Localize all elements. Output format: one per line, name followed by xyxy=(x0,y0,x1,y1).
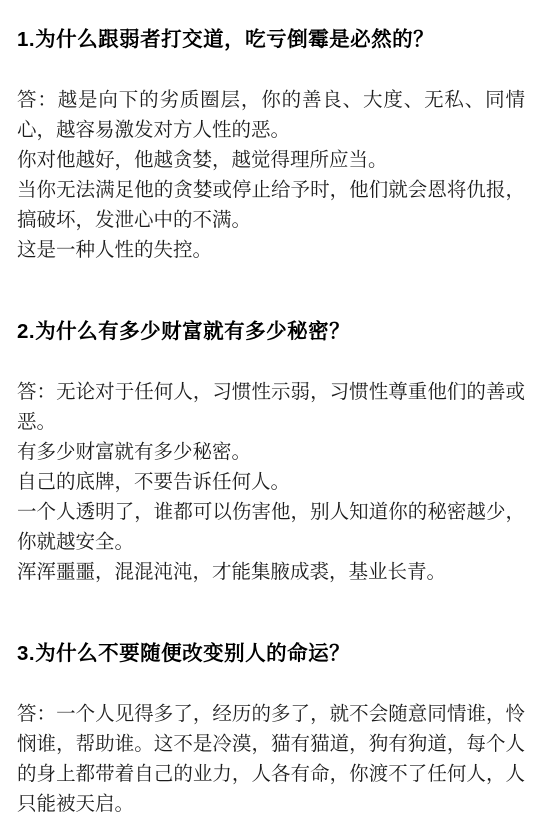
qa-section-2: 2.为什么有多少财富就有多少秘密？ 答：无论对于任何人，习惯性示弱，习惯性尊重他… xyxy=(17,320,525,588)
qa-section-1: 1.为什么跟弱者打交道，吃亏倒霉是必然的？ 答：越是向下的劣质圈层，你的善良、大… xyxy=(17,28,525,266)
answer-block: 答：越是向下的劣质圈层，你的善良、大度、无私、同情心，越容易激发对方人性的恶。 … xyxy=(17,86,525,266)
answer-paragraph: 这是一种人性的失控。 xyxy=(17,236,525,266)
question-heading: 2.为什么有多少财富就有多少秘密？ xyxy=(17,320,525,344)
qa-section-3: 3.为什么不要随便改变别人的命运？ 答：一个人见得多了，经历的多了，就不会随意同… xyxy=(17,642,525,820)
question-heading: 1.为什么跟弱者打交道，吃亏倒霉是必然的？ xyxy=(17,28,525,52)
answer-paragraph: 一个人透明了，谁都可以伤害他，别人知道你的秘密越少，你就越安全。 xyxy=(17,498,525,558)
answer-paragraph: 有多少财富就有多少秘密。 xyxy=(17,438,525,468)
answer-paragraph: 答：一个人见得多了，经历的多了，就不会随意同情谁，怜悯谁，帮助谁。这不是冷漠，猫… xyxy=(17,700,525,820)
answer-paragraph: 你对他越好，他越贪婪，越觉得理所应当。 xyxy=(17,146,525,176)
document-page: 1.为什么跟弱者打交道，吃亏倒霉是必然的？ 答：越是向下的劣质圈层，你的善良、大… xyxy=(0,0,542,821)
answer-paragraph: 答：无论对于任何人，习惯性示弱，习惯性尊重他们的善或恶。 xyxy=(17,378,525,438)
answer-paragraph: 答：越是向下的劣质圈层，你的善良、大度、无私、同情心，越容易激发对方人性的恶。 xyxy=(17,86,525,146)
answer-block: 答：无论对于任何人，习惯性示弱，习惯性尊重他们的善或恶。 有多少财富就有多少秘密… xyxy=(17,378,525,588)
answer-paragraph: 浑浑噩噩，混混沌沌，才能集腋成裘，基业长青。 xyxy=(17,558,525,588)
question-heading: 3.为什么不要随便改变别人的命运？ xyxy=(17,642,525,666)
answer-paragraph: 当你无法满足他的贪婪或停止给予时，他们就会恩将仇报，搞破坏，发泄心中的不满。 xyxy=(17,176,525,236)
answer-paragraph: 自己的底牌，不要告诉任何人。 xyxy=(17,468,525,498)
answer-block: 答：一个人见得多了，经历的多了，就不会随意同情谁，怜悯谁，帮助谁。这不是冷漠，猫… xyxy=(17,700,525,820)
